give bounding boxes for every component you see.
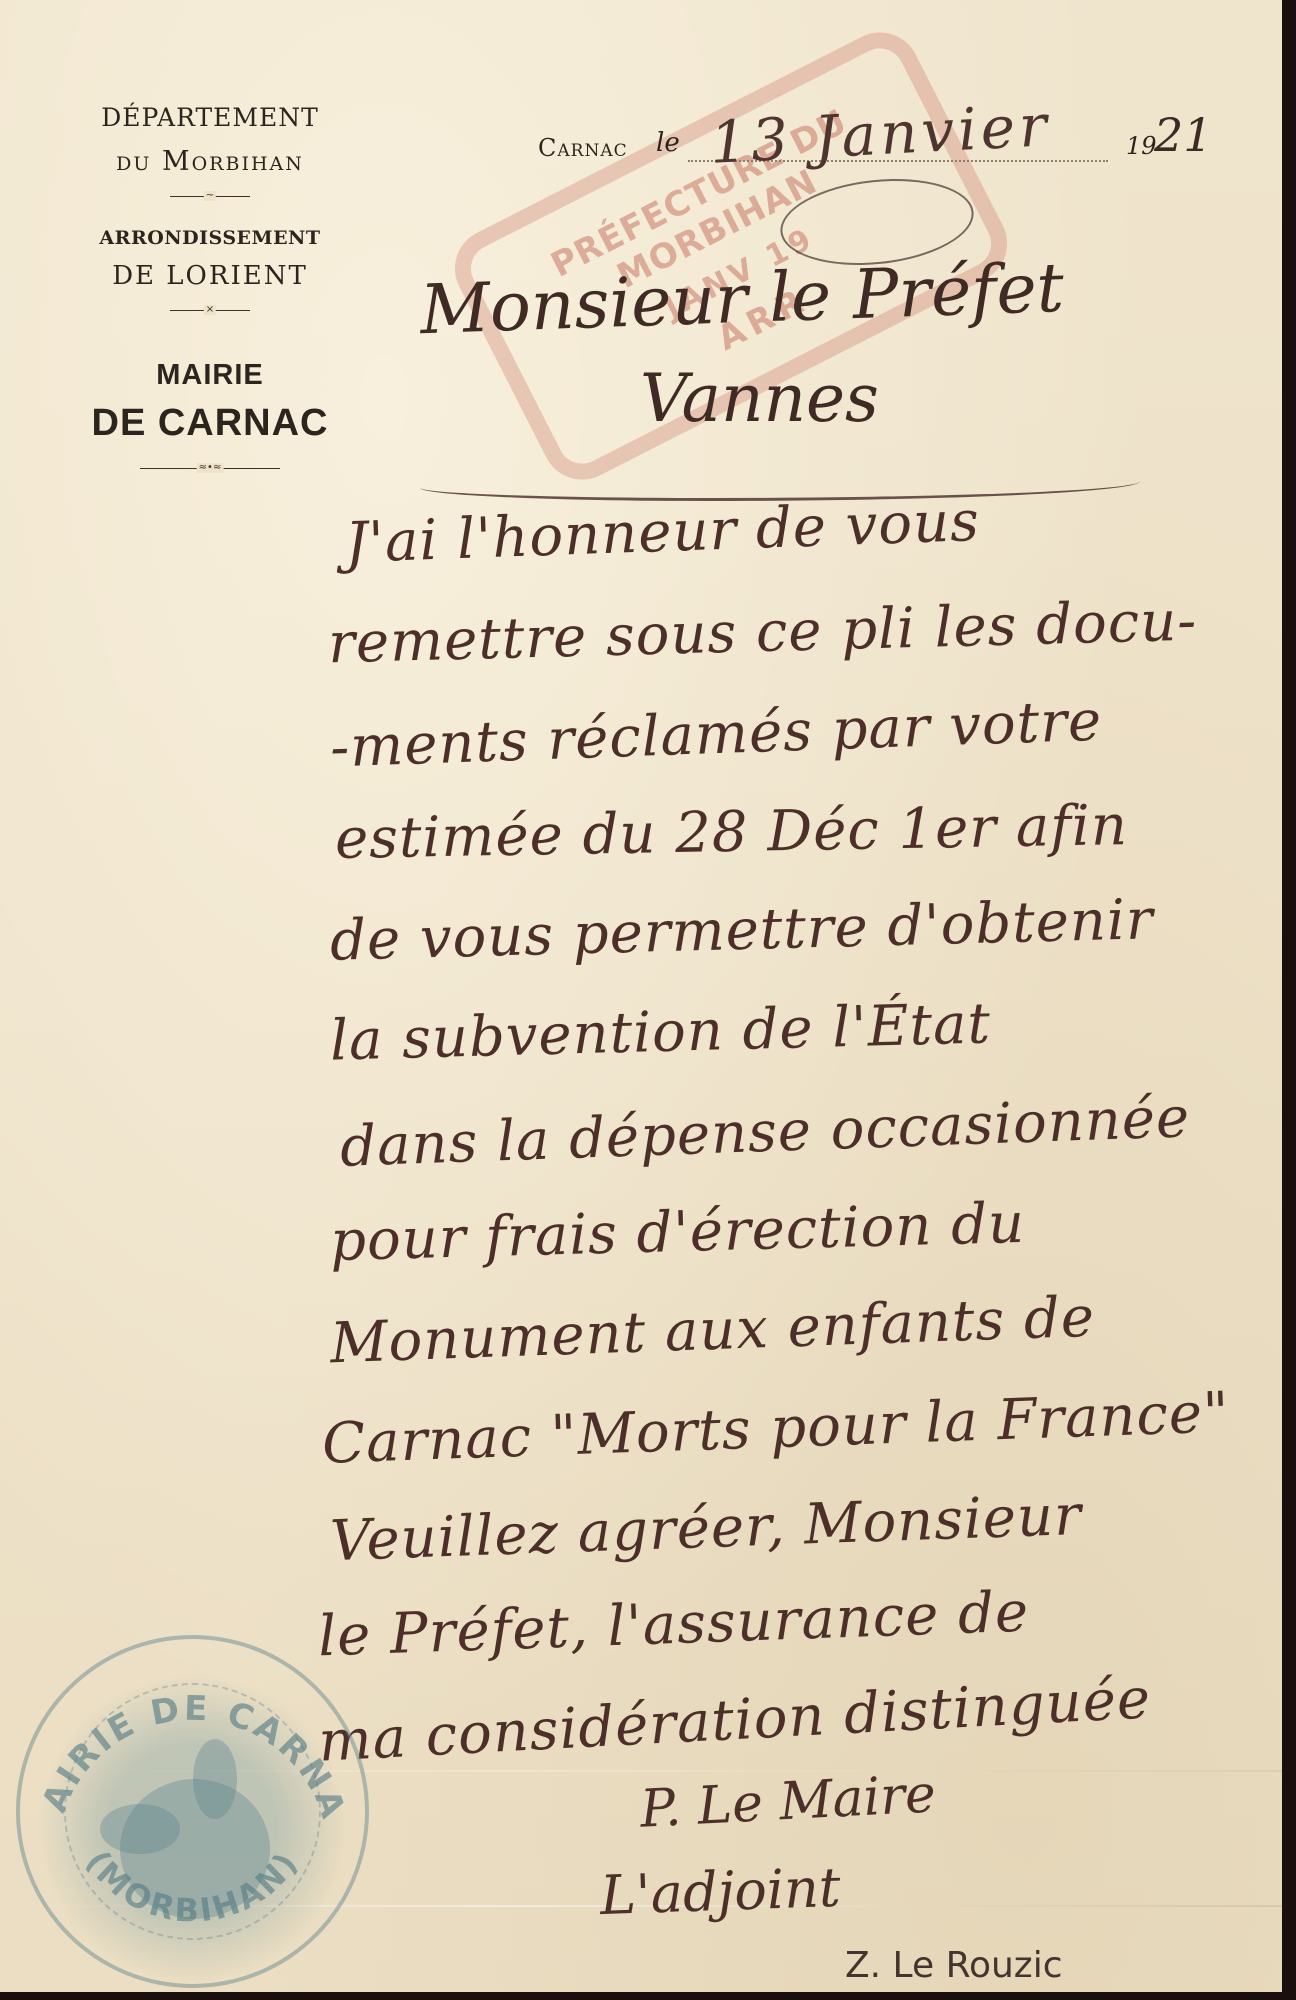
body-line: remettre sous ce pli les docu- <box>327 589 1198 677</box>
year-handwritten: 21 <box>1154 108 1213 162</box>
signatory-name: Z. Le Rouzic <box>845 1945 1063 1986</box>
arrondissement-label: ARRONDISSEMENT <box>40 227 380 249</box>
body-line: Carnac "Morts pour la France" <box>321 1380 1231 1477</box>
body-line: J'ai l'honneur de vous <box>344 489 981 576</box>
mairie-stamp: MAIRIE DE CARNAC (MORBIHAN) <box>16 1635 369 1988</box>
body-line: dans la dépense occasionnée <box>339 1085 1191 1180</box>
le-printed: le <box>656 128 680 158</box>
arrondissement-name: DE LORIENT <box>40 261 380 291</box>
body-line: la subvention de l'État <box>329 991 991 1073</box>
body-line: le Préfet, l'assurance de <box>317 1580 1030 1670</box>
department-label: DÉPARTEMENT <box>40 103 380 132</box>
body-line: de vous permettre d'obtenir <box>329 887 1154 974</box>
signature-role: L'adjoint <box>599 1856 842 1927</box>
body-line: estimée du 28 Déc 1er afin <box>334 793 1128 872</box>
body-line: -ments réclamés par votre <box>329 689 1103 781</box>
ornament-divider: ≈•≈ <box>140 463 280 473</box>
year-printed: 19 <box>1126 132 1157 160</box>
date-line: Carnac le 13 Janvier 19 21 <box>538 120 1198 180</box>
mairie-name: DE CARNAC <box>40 402 380 445</box>
body-line: pour frais d'érection du <box>329 1191 1026 1274</box>
body-line: Monument aux enfants de <box>329 1285 1096 1377</box>
signature-for-mayor: P. Le Maire <box>639 1764 938 1839</box>
place-printed: Carnac <box>538 134 628 162</box>
department-name: du Morbihan <box>40 146 380 177</box>
recipient-city: Vannes <box>640 360 879 437</box>
mairie-label: MAIRIE <box>40 359 380 392</box>
ornament-divider: × <box>170 305 250 315</box>
ornament-divider: ~ <box>170 191 250 201</box>
letter-paper: DÉPARTEMENT du Morbihan ~ ARRONDISSEMENT… <box>0 0 1282 1992</box>
body-line: ma considération distinguée <box>317 1666 1153 1775</box>
letterhead: DÉPARTEMENT du Morbihan ~ ARRONDISSEMENT… <box>40 95 380 473</box>
stamp-text-ring: MAIRIE DE CARNAC (MORBIHAN) <box>20 1639 365 1984</box>
body-line: Veuillez agréer, Monsieur <box>329 1483 1083 1574</box>
